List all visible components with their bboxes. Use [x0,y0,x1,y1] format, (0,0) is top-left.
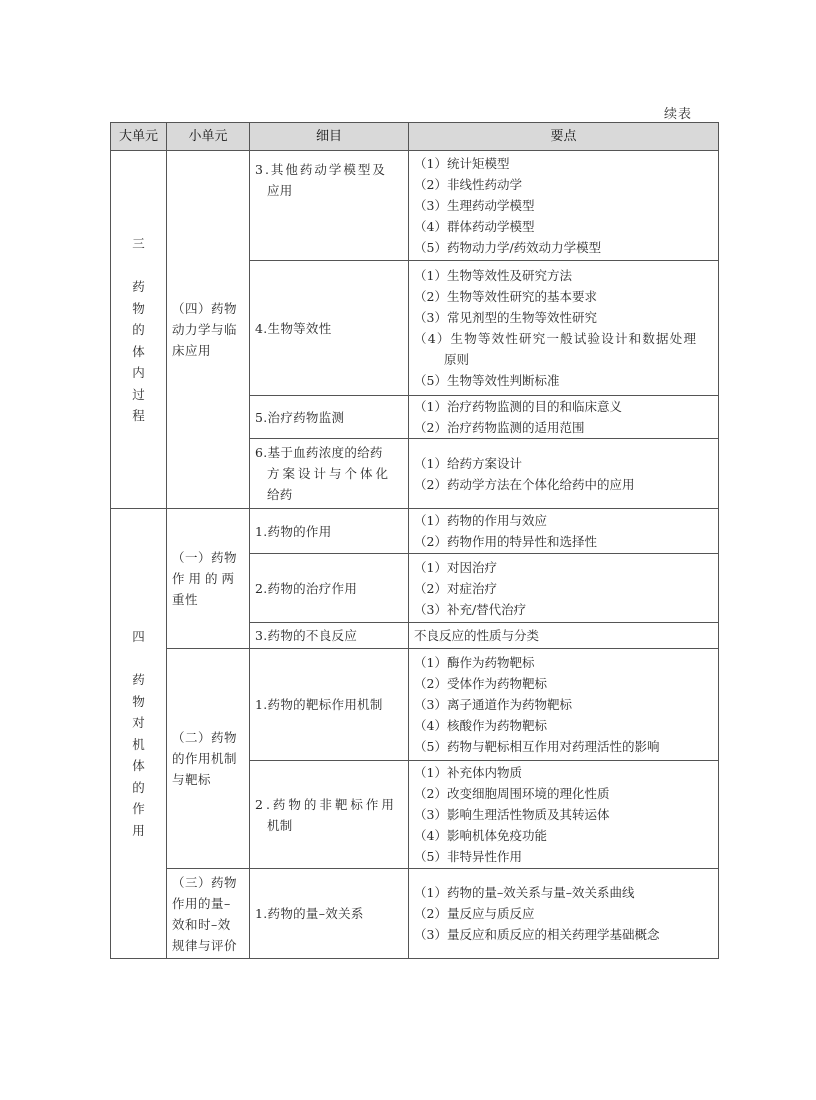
detail-cell: 2.药物的非靶标作用 机制 [250,761,409,869]
sub-unit-cell: （三）药物 作用的量– 效和时–效 规律与评价 [167,869,250,959]
points-cell: （1）酶作为药物靶标 （2）受体作为药物靶标 （3）离子通道作为药物靶标 （4）… [409,649,719,761]
table-header-row: 大单元 小单元 细目 要点 [111,123,719,151]
table-row: 四 药物对机体的作用 （一）药物 作用的两 重性 1.药物的作用 （1）药物的作… [111,509,719,554]
sub-unit-cell: （四）药物 动力学与临 床应用 [167,151,250,509]
syllabus-table: 大单元 小单元 细目 要点 三 药物的体内过程 （四）药物 动力学与临 床应用 … [110,122,719,959]
header-detail: 细目 [250,123,409,151]
detail-cell: 5.治疗药物监测 [250,396,409,439]
points-cell: （1）药物的量–效关系与量–效关系曲线 （2）量反应与质反应 （3）量反应和质反… [409,869,719,959]
header-points: 要点 [409,123,719,151]
continued-label: 续表 [664,103,692,122]
table-row: （二）药物 的作用机制 与靶标 1.药物的靶标作用机制 （1）酶作为药物靶标 （… [111,649,719,761]
points-cell: 不良反应的性质与分类 [409,623,719,649]
big-unit-4: 四 药物对机体的作用 [111,509,167,959]
header-sub-unit: 小单元 [167,123,250,151]
table-row: 三 药物的体内过程 （四）药物 动力学与临 床应用 3.其他药动学模型及 应用 … [111,151,719,261]
big-unit-3: 三 药物的体内过程 [111,151,167,509]
detail-cell: 3.药物的不良反应 [250,623,409,649]
sub-unit-cell: （一）药物 作用的两 重性 [167,509,250,649]
points-cell: （1）统计矩模型 （2）非线性药动学 （3）生理药动学模型 （4）群体药动学模型… [409,151,719,261]
table-row: （三）药物 作用的量– 效和时–效 规律与评价 1.药物的量–效关系 （1）药物… [111,869,719,959]
points-cell: （1）给药方案设计 （2）药动学方法在个体化给药中的应用 [409,439,719,509]
detail-cell: 1.药物的靶标作用机制 [250,649,409,761]
points-cell: （1）对因治疗 （2）对症治疗 （3）补充/替代治疗 [409,554,719,623]
detail-cell: 1.药物的量–效关系 [250,869,409,959]
points-cell: （1）药物的作用与效应 （2）药物作用的特异性和选择性 [409,509,719,554]
detail-cell: 6.基于血药浓度的给药 方案设计与个体化 给药 [250,439,409,509]
detail-cell: 1.药物的作用 [250,509,409,554]
header-big-unit: 大单元 [111,123,167,151]
sub-unit-cell: （二）药物 的作用机制 与靶标 [167,649,250,869]
detail-cell: 2.药物的治疗作用 [250,554,409,623]
points-cell: （1）补充体内物质 （2）改变细胞周围环境的理化性质 （3）影响生理活性物质及其… [409,761,719,869]
points-cell: （1）治疗药物监测的目的和临床意义 （2）治疗药物监测的适用范围 [409,396,719,439]
detail-cell: 3.其他药动学模型及 应用 [250,151,409,261]
points-cell: （1）生物等效性及研究方法 （2）生物等效性研究的基本要求 （3）常见剂型的生物… [409,261,719,396]
detail-cell: 4.生物等效性 [250,261,409,396]
